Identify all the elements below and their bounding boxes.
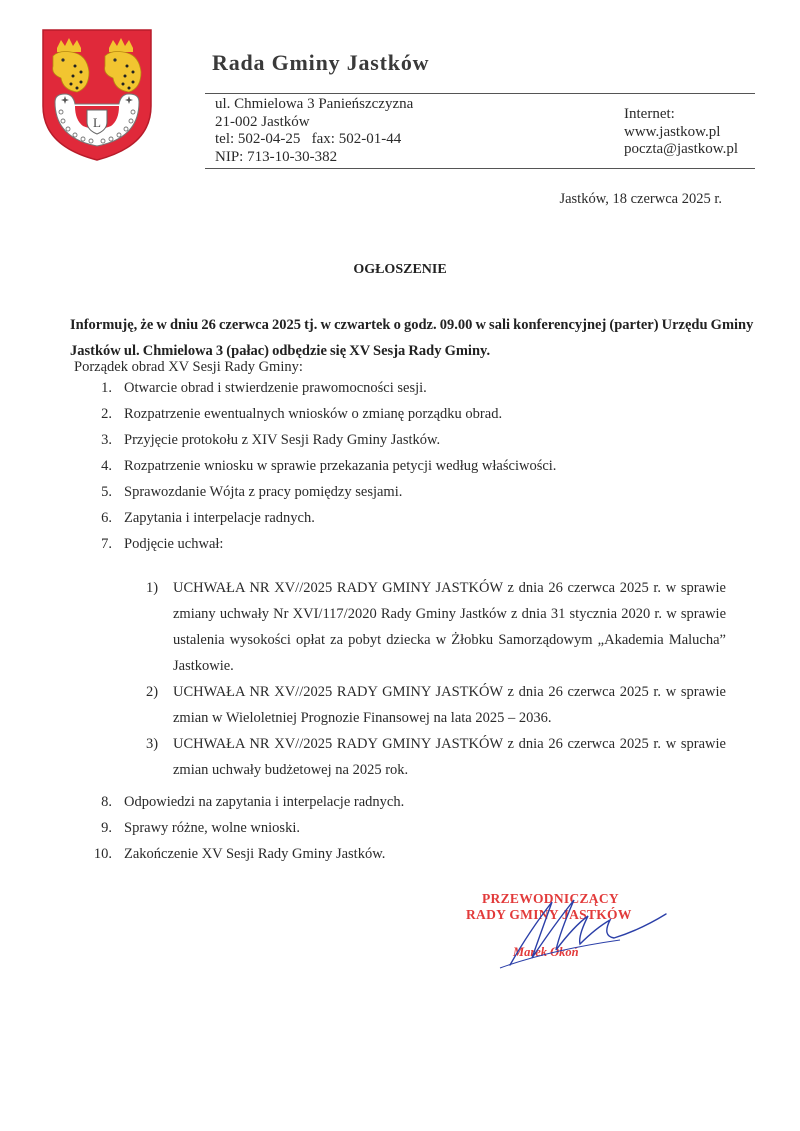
- agenda-item-text: Przyjęcie protokołu z XIV Sesji Rady Gmi…: [124, 427, 440, 453]
- document-date: Jastków, 18 czerwca 2025 r.: [559, 191, 722, 208]
- address-nip: NIP: 713-10-30-382: [215, 149, 413, 167]
- header-rule-bottom: [205, 168, 755, 169]
- agenda-item-number: 4.: [88, 453, 112, 479]
- coat-of-arms-icon: L: [41, 28, 153, 162]
- email-link[interactable]: poczta@jastkow.pl: [624, 141, 738, 159]
- org-name: Rada Gminy Jastków: [212, 50, 429, 76]
- website-link[interactable]: www.jastkow.pl: [624, 124, 738, 142]
- agenda-item-text: Sprawozdanie Wójta z pracy pomiędzy sesj…: [124, 479, 402, 505]
- address-block: ul. Chmielowa 3 Panieńszczyzna 21-002 Ja…: [215, 96, 413, 166]
- resolution-number: 2): [146, 679, 158, 705]
- address-street: ul. Chmielowa 3 Panieńszczyzna: [215, 96, 413, 114]
- agenda-item-number: 3.: [88, 427, 112, 453]
- agenda-item-number: 7.: [88, 531, 112, 557]
- contact-block: Internet: www.jastkow.pl poczta@jastkow.…: [624, 106, 738, 159]
- agenda-item-number: 1.: [88, 375, 112, 401]
- document-title: OGŁOSZENIE: [0, 262, 800, 278]
- resolution-item: 2)UCHWAŁA NR XV//2025 RADY GMINY JASTKÓW…: [146, 679, 726, 731]
- agenda-item-number: 10.: [88, 841, 112, 867]
- contact-internet-label: Internet:: [624, 106, 738, 124]
- resolution-text: UCHWAŁA NR XV//2025 RADY GMINY JASTKÓW z…: [173, 575, 726, 679]
- signature-icon: [470, 880, 670, 975]
- resolution-text: UCHWAŁA NR XV//2025 RADY GMINY JASTKÓW z…: [173, 731, 726, 783]
- header-rule-top: [205, 93, 755, 94]
- address-postal: 21-002 Jastków: [215, 114, 413, 132]
- resolution-text: UCHWAŁA NR XV//2025 RADY GMINY JASTKÓW z…: [173, 679, 726, 731]
- announcement-intro: Informuję, że w dniu 26 czerwca 2025 tj.…: [70, 312, 760, 364]
- resolution-item: 1)UCHWAŁA NR XV//2025 RADY GMINY JASTKÓW…: [146, 575, 726, 679]
- agenda-item-text: Zapytania i interpelacje radnych.: [124, 505, 315, 531]
- agenda-item-number: 2.: [88, 401, 112, 427]
- agenda-item-text: Sprawy różne, wolne wnioski.: [124, 815, 300, 841]
- agenda-item-text: Rozpatrzenie wniosku w sprawie przekazan…: [124, 453, 556, 479]
- resolution-number: 3): [146, 731, 158, 757]
- agenda-item-number: 8.: [88, 789, 112, 815]
- agenda-item-text: Podjęcie uchwał:: [124, 531, 223, 557]
- agenda-item-text: Zakończenie XV Sesji Rady Gminy Jastków.: [124, 841, 385, 867]
- agenda-item-number: 6.: [88, 505, 112, 531]
- svg-text:L: L: [93, 115, 101, 130]
- resolution-number: 1): [146, 575, 158, 601]
- agenda-heading: Porządek obrad XV Sesji Rady Gminy:: [74, 359, 303, 376]
- resolution-item: 3)UCHWAŁA NR XV//2025 RADY GMINY JASTKÓW…: [146, 731, 726, 783]
- agenda-item-number: 9.: [88, 815, 112, 841]
- agenda-item-number: 5.: [88, 479, 112, 505]
- agenda-item-text: Rozpatrzenie ewentualnych wniosków o zmi…: [124, 401, 502, 427]
- address-phone-fax: tel: 502-04-25 fax: 502-01-44: [215, 131, 413, 149]
- agenda-item-text: Otwarcie obrad i stwierdzenie prawomocno…: [124, 375, 427, 401]
- agenda-item-text: Odpowiedzi na zapytania i interpelacje r…: [124, 789, 404, 815]
